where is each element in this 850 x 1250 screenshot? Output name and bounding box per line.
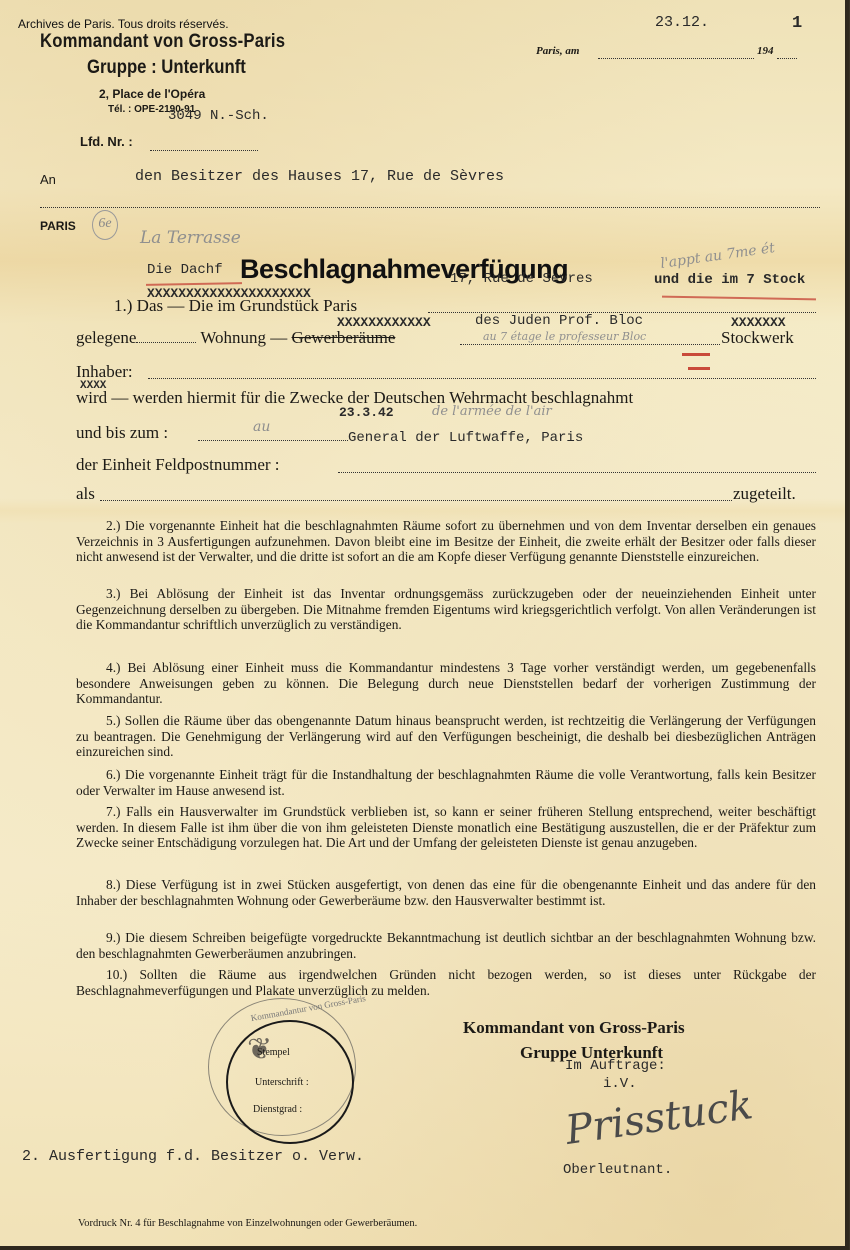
document-page: Archives de Paris. Tous droits réservés.… xyxy=(0,0,849,1250)
signatory-rank: Oberleutnant. xyxy=(563,1162,672,1178)
stockwerk-dotted-line xyxy=(460,344,720,345)
letterhead-title: Kommandant von Gross-Paris xyxy=(40,31,285,53)
feldpostnummer-dotted-line xyxy=(338,472,816,473)
inhaber-label: Inhaber: xyxy=(76,362,133,382)
als-label: als xyxy=(76,484,95,504)
handwritten-floor-owner: au 7 étage le professeur Bloc xyxy=(483,330,646,343)
arrondissement-handwritten: 6e xyxy=(92,210,118,240)
date-dotted-line xyxy=(598,58,754,59)
zugeteilt-label: zugeteilt. xyxy=(733,484,796,504)
typed-address: 17, Rue de Sevres xyxy=(450,271,593,287)
typed-end-date: 23.3.42 xyxy=(339,405,394,420)
stockwerk-label: Stockwerk xyxy=(721,328,794,348)
signature-block-title: Kommandant von Gross-Paris xyxy=(463,1018,685,1038)
paragraph-8: 8.) Diese Verfügung ist in zwei Stücken … xyxy=(76,877,816,908)
bis-zum-dotted-line xyxy=(198,440,348,441)
paragraph-3: 3.) Bei Ablösung der Einheit ist das Inv… xyxy=(76,586,816,633)
handwritten-armee-de-l-air: de l'armée de l'air xyxy=(432,404,552,419)
form-footer: Vordruck Nr. 4 für Beschlagnahme von Ein… xyxy=(78,1218,417,1229)
paragraph-6: 6.) Die vorgenannte Einheit trägt für di… xyxy=(76,767,816,798)
stamp-label-dienstgrad: Dienstgrad : xyxy=(253,1104,302,1115)
handwritten-signature: Prisstuck xyxy=(563,1082,756,1154)
als-dotted-line xyxy=(100,500,732,501)
typed-stock: und die im 7 Stock xyxy=(654,272,805,288)
lfd-nr-label: Lfd. Nr. : xyxy=(80,134,133,149)
wohnung-label: Wohnung — xyxy=(200,328,287,347)
page-number: 1 xyxy=(792,14,802,33)
paris-am-label: Paris, am xyxy=(536,45,579,57)
watermark: Archives de Paris. Tous droits réservés. xyxy=(18,17,229,31)
paris-label: PARIS xyxy=(40,219,76,233)
letterhead-group: Gruppe : Unterkunft xyxy=(87,57,246,79)
bis-zum-label: und bis zum : xyxy=(76,423,168,443)
typed-die-dach: Die Dachf xyxy=(147,262,223,278)
red-underline xyxy=(662,296,816,301)
recipient-dotted-line xyxy=(40,207,820,208)
red-mark xyxy=(682,353,710,356)
paragraph-2: 2.) Die vorgenannte Einheit hat die besc… xyxy=(76,518,816,565)
copy-note: 2. Ausfertigung f.d. Besitzer o. Verw. xyxy=(22,1148,364,1165)
handwritten-floor-note: l'appt au 7me ét xyxy=(659,240,775,272)
handwritten-au: au xyxy=(253,419,270,435)
year-label: 194 xyxy=(757,45,774,57)
feldpostnummer-label: der Einheit Feldpostnummer : xyxy=(76,455,280,475)
form-line-gelegene: gelegene Wohnung — Gewerberäume xyxy=(76,328,395,348)
typed-owner: des Juden Prof. Bloc xyxy=(475,313,643,329)
stamp-label-unterschrift: Unterschrift : xyxy=(255,1077,309,1088)
iv-label: i.V. xyxy=(603,1076,637,1092)
an-label: An xyxy=(40,172,56,187)
handwritten-la-terrasse: La Terrasse xyxy=(140,228,241,248)
letterhead-address: 2, Place de l'Opéra xyxy=(99,87,205,101)
lfd-nr-dotted-line xyxy=(150,150,258,151)
year-dotted-line xyxy=(777,58,797,59)
typed-date: 23.12. xyxy=(655,14,709,31)
typed-reference: 3049 N.-Sch. xyxy=(168,108,269,124)
paragraph-7: 7.) Falls ein Hausverwalter im Grundstüc… xyxy=(76,804,816,851)
form-line-grundstueck: 1.) Das — Die im Grundstück Paris xyxy=(114,296,357,316)
red-mark xyxy=(688,367,710,370)
inhaber-dotted-line xyxy=(148,378,816,379)
stamp-label-stempel: Stempel xyxy=(257,1047,290,1058)
paragraph-10: 10.) Sollten die Räume aus irgendwelchen… xyxy=(76,967,816,998)
recipient-typed: den Besitzer des Hauses 17, Rue de Sèvre… xyxy=(135,168,504,185)
paragraph-9: 9.) Die diesem Schreiben beigefügte vorg… xyxy=(76,930,816,961)
typed-unit-name: General der Luftwaffe, Paris xyxy=(348,430,583,446)
paragraph-4: 4.) Bei Ablösung einer Einheit muss die … xyxy=(76,660,816,707)
gewerberaeume-struck: Gewerberäume xyxy=(292,328,396,347)
im-auftrage-label: Im Auftrage: xyxy=(565,1058,666,1074)
paragraph-5: 5.) Sollen die Räume über das obengenann… xyxy=(76,713,816,760)
gelegene-label: gelegene xyxy=(76,328,136,347)
